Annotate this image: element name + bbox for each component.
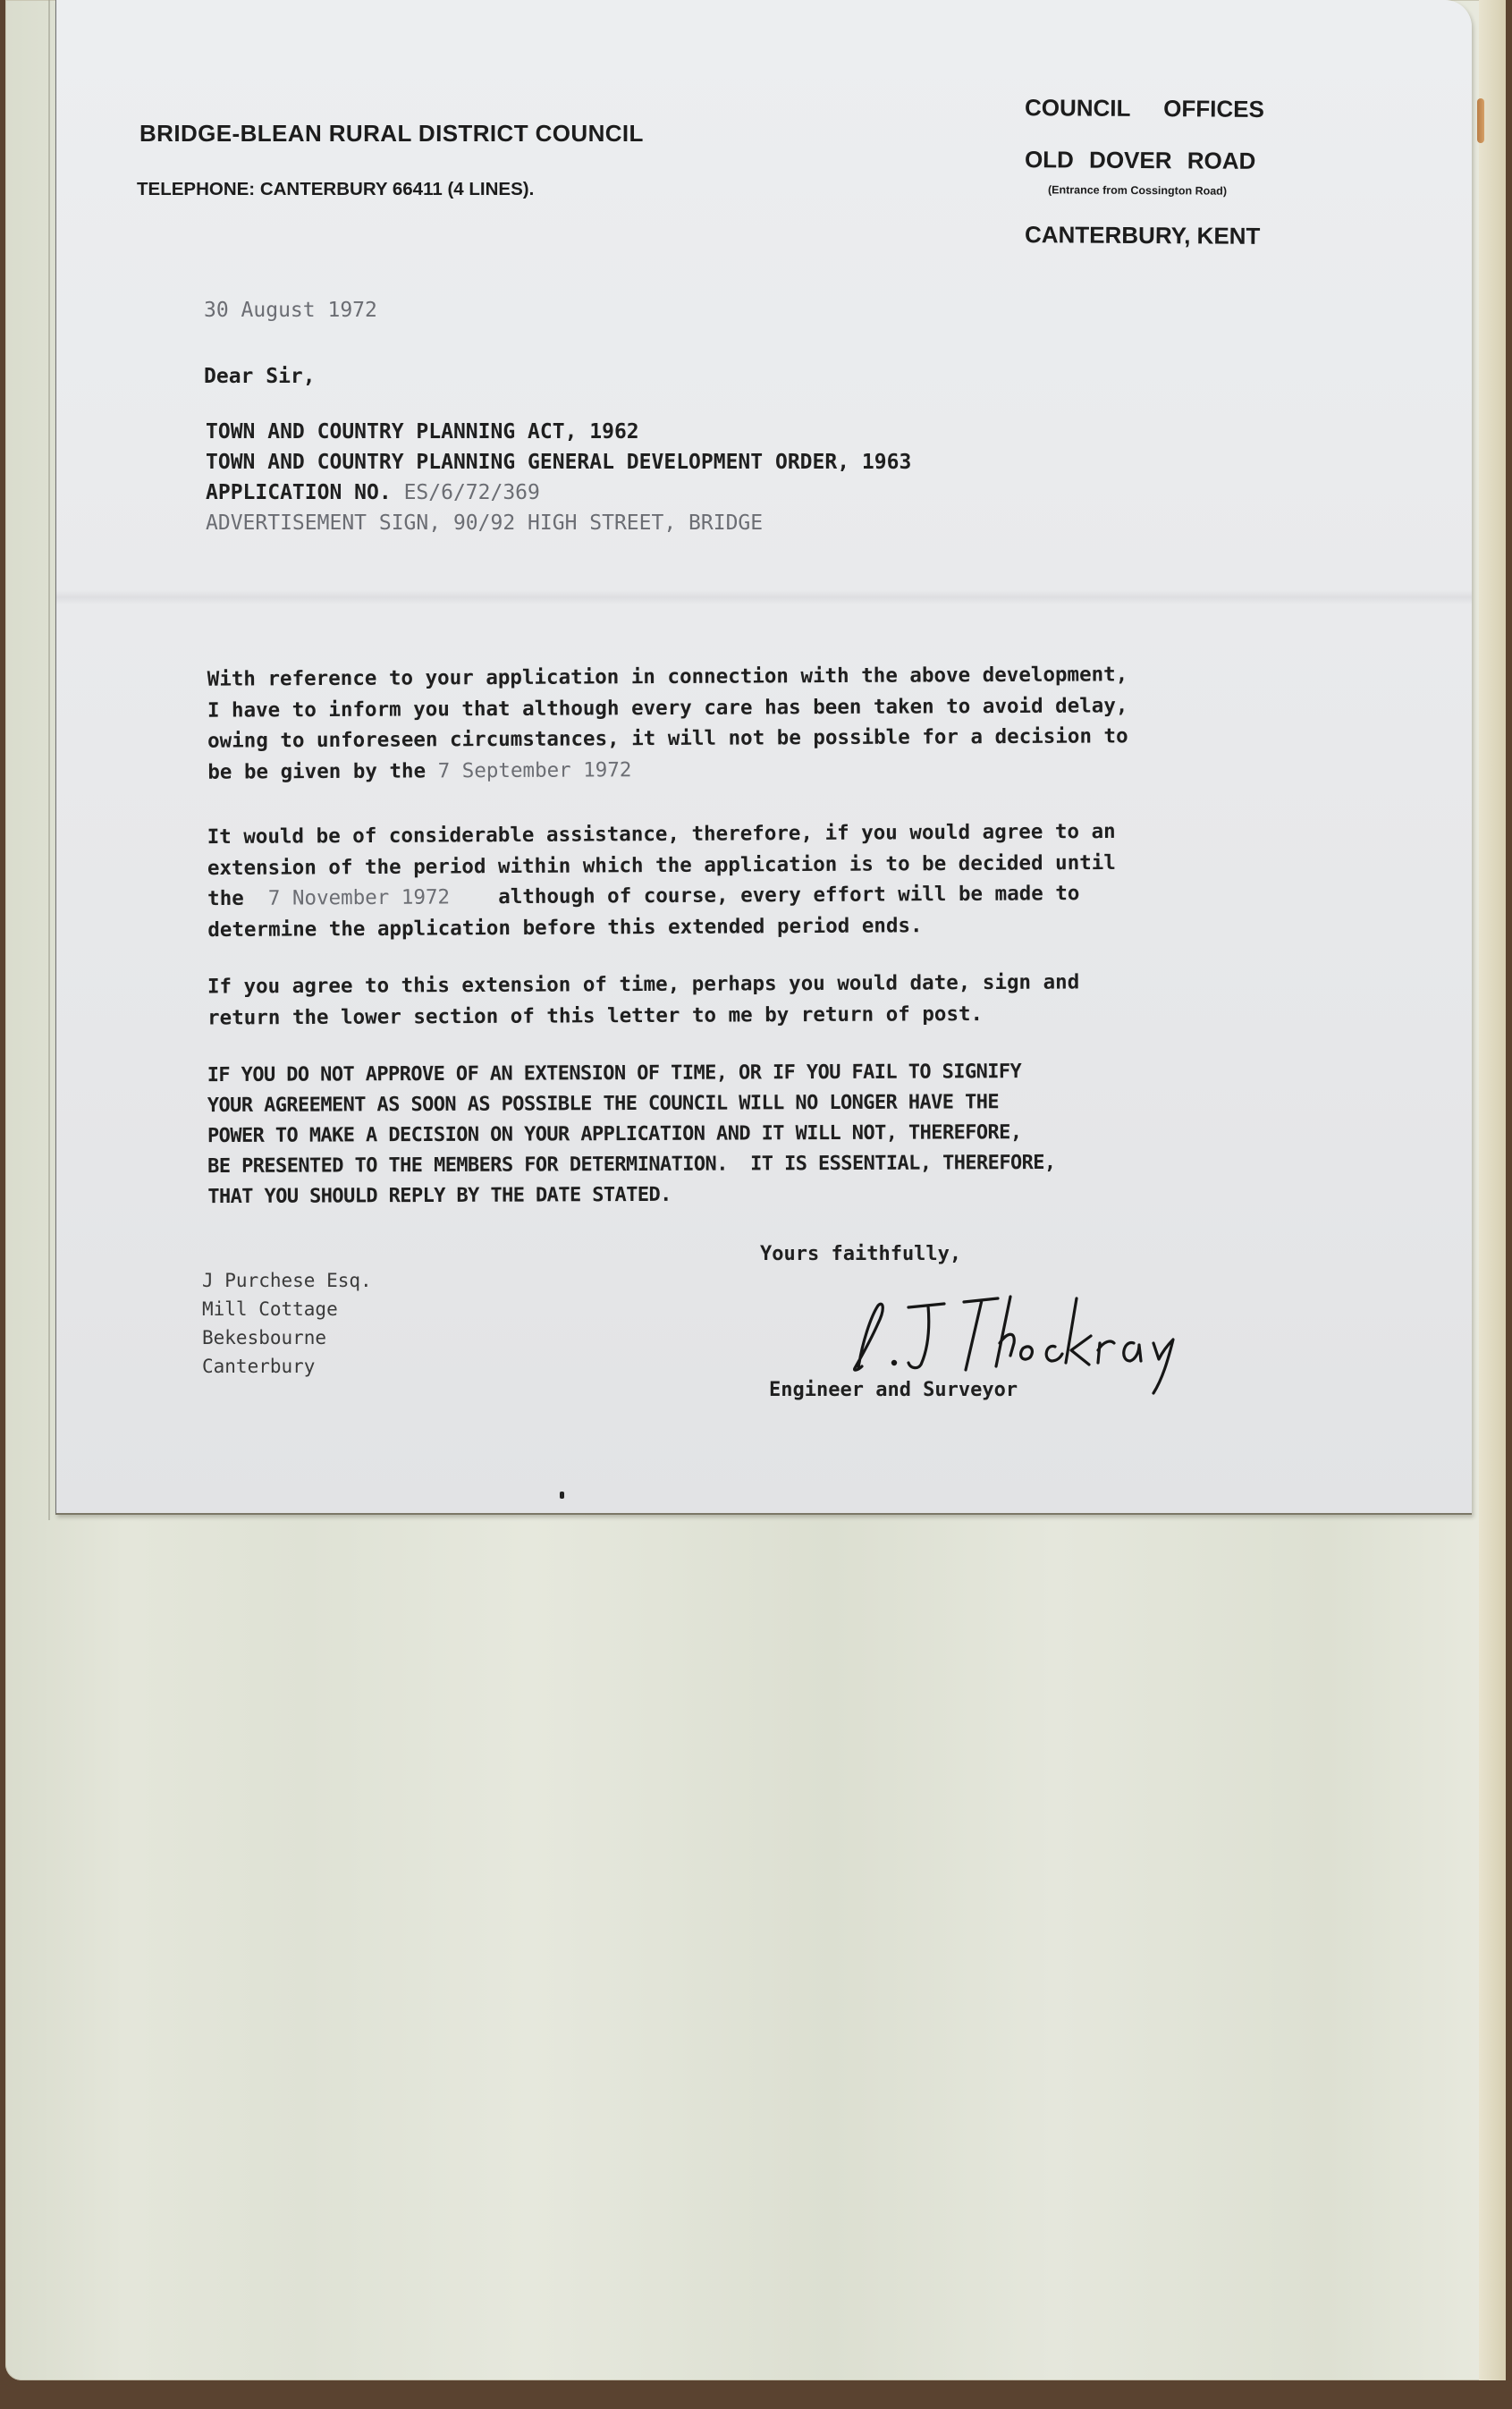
paragraph-3: If you agree to this extension of time, … (207, 967, 1080, 1033)
address-line-1: COUNCIL OFFICES (1025, 94, 1264, 123)
paragraph-line: I have to inform you that although every… (207, 690, 1128, 726)
recipient-line: Canterbury (202, 1352, 372, 1381)
paragraph-line: With reference to your application in co… (207, 659, 1128, 695)
paper-crease (56, 590, 1472, 604)
recipient-name: J Purchese Esq. (202, 1266, 372, 1295)
rust-stain (1477, 98, 1484, 143)
telephone-line: TELEPHONE: CANTERBURY 66411 (4 LINES). (137, 179, 534, 200)
ink-speck (560, 1492, 564, 1499)
page-fold-line (48, 0, 50, 1520)
paragraph-1: With reference to your application in co… (207, 659, 1128, 787)
paragraph-line: THAT YOU SHOULD REPLY BY THE DATE STATED… (207, 1179, 1056, 1213)
paragraph-line: It would be of considerable assistance, … (207, 816, 1116, 853)
paragraph-line: If you agree to this extension of time, … (207, 967, 1079, 1002)
letter-date: 30 August 1972 (204, 295, 377, 325)
application-label: APPLICATION NO. (206, 481, 404, 504)
council-name: BRIDGE-BLEAN RURAL DISTRICT COUNCIL (139, 120, 644, 148)
line-suffix: although of course, every effort will be… (450, 882, 1080, 909)
address-line-3: CANTERBURY, KENT (1025, 221, 1261, 250)
address-line-2: OLD DOVER ROAD (1025, 146, 1256, 175)
subject-order: TOWN AND COUNTRY PLANNING GENERAL DEVELO… (206, 447, 911, 478)
recipient-line: Bekesbourne (202, 1323, 372, 1352)
page-edge (1479, 0, 1506, 2380)
closing: Yours faithfully, (760, 1239, 961, 1270)
line-prefix: the (207, 887, 268, 910)
paragraph-line: BE PRESENTED TO THE MEMBERS FOR DETERMIN… (207, 1148, 1056, 1182)
warning-paragraph: IF YOU DO NOT APPROVE OF AN EXTENSION OF… (207, 1057, 1056, 1213)
deadline-date: 7 September 1972 (438, 758, 632, 782)
paragraph-2: It would be of considerable assistance, … (207, 816, 1117, 945)
application-description: ADVERTISEMENT SIGN, 90/92 HIGH STREET, B… (206, 508, 911, 538)
subject-block: TOWN AND COUNTRY PLANNING ACT, 1962TOWN … (206, 417, 911, 538)
application-number: ES/6/72/369 (404, 481, 540, 504)
extended-date: 7 November 1972 (268, 885, 450, 909)
paragraph-line: be be given by the 7 September 1972 (207, 752, 1128, 788)
subject-act: TOWN AND COUNTRY PLANNING ACT, 1962 (206, 417, 911, 447)
salutation: Dear Sir, (204, 361, 316, 392)
address-note: (Entrance from Cossington Road) (1048, 183, 1227, 197)
paragraph-line: owing to unforeseen circumstances, it wi… (207, 721, 1128, 757)
recipient-line: Mill Cottage (202, 1295, 372, 1323)
recipient-address: J Purchese Esq.Mill CottageBekesbourneCa… (202, 1266, 372, 1381)
paragraph-line: IF YOU DO NOT APPROVE OF AN EXTENSION OF… (207, 1057, 1056, 1091)
paragraph-line: YOUR AGREEMENT AS SOON AS POSSIBLE THE C… (207, 1087, 1056, 1121)
paragraph-line: POWER TO MAKE A DECISION ON YOUR APPLICA… (207, 1118, 1056, 1152)
paragraph-line: the 7 November 1972 although of course, … (207, 878, 1116, 915)
signer-title: Engineer and Surveyor (769, 1375, 1018, 1406)
paragraph-line: return the lower section of this letter … (207, 998, 1079, 1034)
subject-application: APPLICATION NO. ES/6/72/369 (206, 478, 911, 508)
paragraph-line: determine the application before this ex… (207, 909, 1116, 945)
line-prefix: be be given by the (207, 759, 438, 783)
